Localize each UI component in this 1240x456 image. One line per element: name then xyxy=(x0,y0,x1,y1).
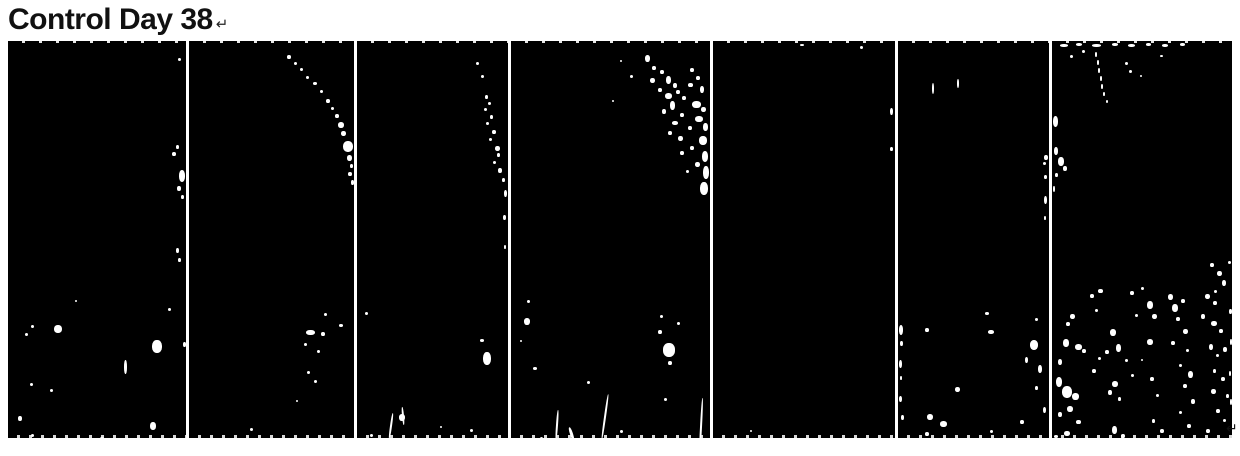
speckle xyxy=(665,93,672,99)
speckle xyxy=(1223,347,1227,352)
speckle xyxy=(1213,369,1216,373)
speckle xyxy=(1097,60,1099,65)
speckle xyxy=(320,90,323,93)
speckle xyxy=(440,426,442,428)
speckle xyxy=(666,76,671,84)
speckle xyxy=(1147,301,1153,309)
speckle xyxy=(1213,301,1217,305)
speckle xyxy=(335,114,339,118)
speckle xyxy=(678,136,683,141)
speckle xyxy=(527,300,530,303)
speckle xyxy=(695,116,703,122)
speckle xyxy=(1062,386,1072,398)
speckle xyxy=(676,90,680,94)
speckle xyxy=(1229,309,1232,314)
speckle xyxy=(488,102,491,105)
figure-caption: Control Day 38↵ xyxy=(8,0,228,40)
speckle xyxy=(899,360,902,368)
speckle xyxy=(1222,280,1226,286)
speckle xyxy=(555,410,559,438)
speckle xyxy=(176,145,179,149)
speckle xyxy=(1211,389,1216,394)
speckle xyxy=(673,83,677,88)
speckle xyxy=(1035,318,1038,321)
speckle xyxy=(1053,186,1055,192)
speckle xyxy=(1056,377,1062,387)
speckle xyxy=(1229,371,1231,376)
speckle xyxy=(351,180,354,185)
speckle xyxy=(990,430,993,433)
speckle xyxy=(660,70,664,74)
speckle xyxy=(587,381,590,384)
speckle xyxy=(294,62,297,65)
speckle xyxy=(314,380,317,383)
speckle xyxy=(30,383,33,386)
speckle xyxy=(668,361,672,365)
speckle xyxy=(504,190,507,197)
speckle xyxy=(1112,426,1117,434)
speckle xyxy=(668,131,672,135)
speckle xyxy=(306,76,309,79)
speckle xyxy=(1044,175,1047,179)
speckle xyxy=(343,141,353,152)
speckle xyxy=(927,414,933,420)
speckle xyxy=(1105,350,1109,354)
speckle xyxy=(1055,173,1058,177)
speckle xyxy=(1112,381,1118,387)
speckle xyxy=(1146,43,1151,46)
speckle xyxy=(1121,434,1125,438)
speckle xyxy=(307,371,310,374)
speckle xyxy=(1044,216,1046,220)
speckle xyxy=(688,83,693,87)
speckle xyxy=(331,107,334,110)
speckle xyxy=(688,126,692,130)
speckle xyxy=(652,66,656,70)
speckle xyxy=(658,330,662,334)
speckle xyxy=(703,123,708,131)
speckle xyxy=(1070,55,1073,58)
speckle xyxy=(1141,359,1143,361)
micrograph-panel-3 xyxy=(357,41,508,438)
speckle xyxy=(1020,420,1024,424)
speckle xyxy=(1226,394,1229,398)
speckle xyxy=(124,360,127,374)
speckle xyxy=(492,130,496,134)
speckle xyxy=(324,313,327,316)
speckle xyxy=(1103,92,1105,96)
speckle xyxy=(612,100,614,102)
speckle xyxy=(698,398,703,438)
speckle xyxy=(1098,357,1101,360)
speckle xyxy=(1183,329,1188,334)
speckle xyxy=(900,376,902,380)
speckle xyxy=(1219,329,1223,333)
micrograph-panel-6 xyxy=(898,41,1049,438)
speckle xyxy=(533,367,537,370)
speckle xyxy=(498,168,502,173)
speckle xyxy=(296,400,298,402)
speckle xyxy=(486,122,489,125)
speckle xyxy=(1209,344,1213,350)
speckle xyxy=(696,76,700,80)
speckle xyxy=(1217,271,1222,276)
speckle xyxy=(700,86,704,93)
speckle xyxy=(1128,44,1135,47)
speckle xyxy=(1180,43,1185,46)
speckle xyxy=(150,422,156,430)
speckle xyxy=(306,330,315,335)
speckle xyxy=(988,330,994,334)
speckle xyxy=(1140,75,1142,77)
speckle xyxy=(1118,397,1121,401)
speckle xyxy=(1152,419,1155,423)
speckle xyxy=(176,248,179,253)
micrograph-panel-7 xyxy=(1052,41,1232,438)
speckle xyxy=(1070,314,1075,319)
speckle xyxy=(493,161,496,164)
speckle xyxy=(703,166,709,179)
speckle xyxy=(702,151,708,162)
speckle xyxy=(672,121,678,125)
speckle xyxy=(1058,412,1062,417)
speckle xyxy=(54,325,62,333)
speckle xyxy=(300,68,303,71)
speckle xyxy=(485,95,488,99)
speckle xyxy=(690,146,694,150)
speckle xyxy=(692,101,701,108)
speckle xyxy=(524,318,530,325)
speckle xyxy=(1063,166,1067,171)
speckle xyxy=(1160,55,1163,57)
speckle xyxy=(484,108,487,111)
speckle xyxy=(670,101,675,110)
speckle xyxy=(660,315,663,318)
speckle xyxy=(1129,70,1132,73)
speckle xyxy=(677,322,680,325)
speckle xyxy=(1116,344,1121,352)
speckle xyxy=(1044,155,1048,160)
speckle xyxy=(1179,364,1182,367)
speckle xyxy=(1076,420,1081,424)
speckle xyxy=(1168,294,1173,300)
speckle xyxy=(100,437,104,438)
speckle xyxy=(178,58,181,61)
speckle xyxy=(663,343,675,357)
speckle xyxy=(350,164,353,168)
speckle xyxy=(645,55,650,62)
speckle xyxy=(31,325,34,328)
speckle xyxy=(1095,52,1097,57)
micrograph-panel-4 xyxy=(511,41,710,438)
speckle xyxy=(490,115,493,119)
speckle xyxy=(1221,377,1225,381)
speckle xyxy=(504,245,506,249)
speckle xyxy=(317,350,320,353)
speckle xyxy=(168,308,171,311)
speckle xyxy=(177,186,181,191)
speckle xyxy=(860,46,863,49)
speckle xyxy=(750,430,752,432)
speckle xyxy=(700,182,708,195)
speckle xyxy=(481,75,484,78)
speckle xyxy=(1098,68,1100,73)
speckle xyxy=(183,342,186,347)
speckle xyxy=(1131,374,1134,377)
speckle xyxy=(957,79,959,88)
micrograph-panel-5 xyxy=(713,41,895,438)
speckle xyxy=(899,325,903,335)
speckle xyxy=(1150,377,1154,381)
speckle xyxy=(1060,44,1068,47)
speckle xyxy=(1191,399,1195,404)
speckle xyxy=(365,312,368,315)
speckle xyxy=(940,421,947,427)
speckle xyxy=(1135,314,1138,317)
speckle xyxy=(179,170,185,182)
speckle xyxy=(1092,44,1101,47)
speckle xyxy=(483,352,491,365)
speckle xyxy=(1152,314,1157,319)
speckle xyxy=(489,138,492,141)
speckle xyxy=(31,434,34,437)
speckle xyxy=(341,131,346,136)
speckle xyxy=(1106,100,1108,103)
speckle xyxy=(680,113,684,117)
speckle xyxy=(1108,390,1112,395)
speckle xyxy=(1064,431,1070,436)
speckle xyxy=(890,108,893,115)
speckle xyxy=(1228,261,1231,264)
speckle xyxy=(1216,354,1219,357)
caption-text: Control Day 38 xyxy=(8,3,213,37)
speckle xyxy=(18,416,22,421)
speckle xyxy=(890,147,893,151)
speckle xyxy=(1214,290,1217,293)
speckle xyxy=(658,88,662,92)
speckle xyxy=(690,68,694,72)
speckle xyxy=(172,152,176,156)
speckle xyxy=(620,60,622,62)
speckle xyxy=(178,258,181,262)
speckle xyxy=(388,413,394,438)
speckle xyxy=(1043,162,1046,165)
micrograph-strip xyxy=(0,41,1240,438)
speckle xyxy=(370,434,373,437)
speckle xyxy=(1141,287,1144,290)
speckle xyxy=(497,153,500,157)
speckle xyxy=(900,341,903,346)
speckle xyxy=(1186,349,1189,352)
speckle xyxy=(695,162,700,167)
speckle xyxy=(1230,339,1232,345)
speckle xyxy=(650,78,655,83)
speckle xyxy=(800,44,804,46)
speckle xyxy=(1100,76,1102,81)
speckle xyxy=(1067,406,1073,412)
speckle xyxy=(1211,321,1217,326)
speckle xyxy=(1162,44,1168,47)
speckle xyxy=(1035,386,1038,390)
speckle xyxy=(1054,435,1058,438)
speckle xyxy=(601,394,609,438)
micrograph-panel-1 xyxy=(8,41,186,438)
speckle xyxy=(520,340,522,342)
speckle xyxy=(630,75,633,78)
speckle xyxy=(480,339,484,342)
speckle xyxy=(1038,365,1042,373)
speckle xyxy=(476,62,479,65)
speckle xyxy=(1044,196,1047,204)
speckle xyxy=(1072,393,1079,400)
speckle xyxy=(1205,294,1210,299)
speckle xyxy=(985,312,989,315)
speckle xyxy=(313,82,317,85)
speckle xyxy=(1025,357,1028,363)
speckle xyxy=(1110,329,1116,336)
speckle xyxy=(1058,359,1062,365)
speckle xyxy=(686,170,689,173)
speckle xyxy=(1179,411,1182,414)
speckle xyxy=(304,343,307,346)
speckle xyxy=(1210,263,1214,267)
speckle xyxy=(347,155,352,161)
speckle xyxy=(495,146,500,151)
speckle xyxy=(1082,349,1086,353)
speckle xyxy=(321,332,325,336)
speckle xyxy=(1054,147,1058,155)
speckle xyxy=(1147,339,1153,345)
speckle xyxy=(620,430,623,433)
speckle xyxy=(699,136,707,145)
speckle xyxy=(955,387,960,392)
speckle xyxy=(1066,322,1070,326)
speckle xyxy=(1201,314,1205,319)
paragraph-mark-icon: ↵ xyxy=(216,15,228,33)
speckle xyxy=(1076,43,1082,46)
speckle xyxy=(181,195,184,199)
speckle xyxy=(1063,339,1069,347)
speckle xyxy=(1112,43,1118,46)
speckle xyxy=(152,340,162,353)
speckle xyxy=(1098,289,1103,293)
trailing-paragraph-mark-icon: ↵ xyxy=(1226,420,1238,437)
speckle xyxy=(348,172,352,176)
speckle xyxy=(1058,157,1064,166)
speckle xyxy=(1206,429,1210,433)
speckle xyxy=(1095,309,1098,312)
speckle xyxy=(701,107,706,112)
speckle xyxy=(680,151,684,155)
speckle xyxy=(899,396,902,402)
speckle xyxy=(25,333,28,336)
speckle xyxy=(399,414,405,421)
speckle xyxy=(1172,304,1178,312)
speckle xyxy=(470,429,473,432)
speckle xyxy=(901,415,904,420)
speckle xyxy=(568,427,575,438)
speckle xyxy=(1092,369,1096,373)
speckle xyxy=(1125,359,1128,362)
speckle xyxy=(326,99,330,103)
speckle xyxy=(1183,384,1187,388)
speckle xyxy=(662,109,666,114)
speckle xyxy=(682,96,686,100)
speckle xyxy=(503,215,506,220)
speckle xyxy=(1090,294,1094,298)
speckle xyxy=(287,55,291,59)
speckle xyxy=(925,328,929,332)
speckle xyxy=(1043,407,1046,413)
speckle xyxy=(1053,116,1058,127)
speckle xyxy=(1101,84,1103,89)
speckle xyxy=(1156,394,1159,397)
speckle xyxy=(1176,317,1180,321)
speckle xyxy=(1030,340,1038,350)
speckle xyxy=(250,428,253,431)
speckle xyxy=(1130,291,1134,295)
speckle xyxy=(338,122,344,128)
speckle xyxy=(339,324,343,327)
speckle xyxy=(75,300,77,302)
speckle xyxy=(1187,424,1191,428)
speckle xyxy=(1230,399,1232,405)
speckle xyxy=(1188,371,1193,378)
speckle xyxy=(1181,299,1185,303)
speckle xyxy=(1125,62,1128,65)
speckle xyxy=(1160,429,1164,433)
speckle xyxy=(664,398,667,401)
speckle xyxy=(1171,341,1175,345)
speckle xyxy=(1075,344,1082,350)
speckle xyxy=(540,437,543,438)
speckle xyxy=(925,432,929,436)
speckle xyxy=(50,389,53,392)
speckle xyxy=(932,83,934,94)
speckle xyxy=(1082,50,1085,53)
micrograph-panel-2 xyxy=(189,41,354,438)
speckle xyxy=(502,178,505,182)
speckle xyxy=(1216,409,1220,413)
